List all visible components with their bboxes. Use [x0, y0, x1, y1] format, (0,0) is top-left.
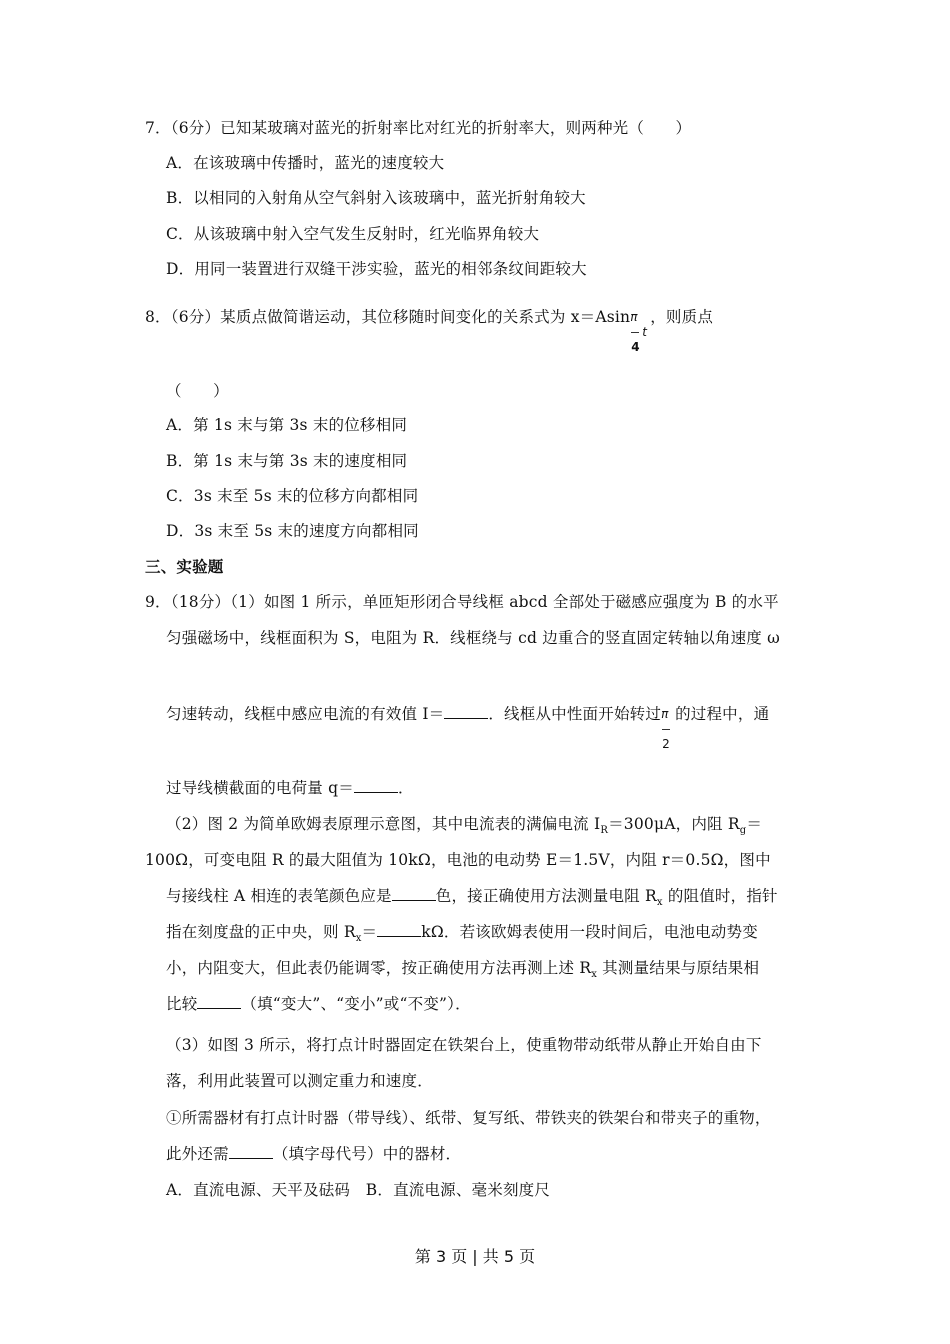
fraction-pi-over-4: π4t	[630, 307, 644, 327]
answer-blank-charge[interactable]	[354, 778, 398, 793]
text: 指在刻度盘的正中央，则 R	[166, 923, 356, 941]
page-footer: 第 3 页 | 共 5 页	[0, 1244, 950, 1267]
text: （填字母代号）中的器材．	[273, 1145, 461, 1163]
question-9-line-3: 匀速转动，线框中感应电流的有效值 I＝．线框从中性面开始转过π2的过程中，通	[166, 704, 769, 724]
text: 与接线柱 A 相连的表笔颜色应是	[166, 887, 392, 905]
subscript: R	[600, 825, 608, 836]
fraction-denominator: 2	[662, 734, 670, 754]
text: ＝300μA，内阻 R	[608, 815, 740, 833]
fraction-numerator: π	[661, 704, 668, 724]
question-8-stem-tail: ，则质点	[650, 308, 713, 326]
question-8-option-c: C．3s 末至 5s 末的位移方向都相同	[166, 486, 418, 506]
question-8-answer-paren: （ ）	[166, 381, 229, 401]
fraction-numerator: π	[630, 307, 637, 327]
time-variable: t	[642, 322, 647, 342]
question-9-line-3-text: 匀速转动，线框中感应电流的有效值 I＝	[166, 705, 444, 723]
text: 的阻值时，指针	[663, 887, 778, 905]
answer-blank-comparison[interactable]	[197, 994, 241, 1009]
question-9-line-1: 9．（18分）（1）如图 1 所示，单匝矩形闭合导线框 abcd 全部处于磁感应…	[145, 592, 779, 612]
answer-blank-rx[interactable]	[377, 922, 421, 937]
answer-blank-equipment[interactable]	[229, 1144, 273, 1159]
question-7-stem: 7．（6分）已知某玻璃对蓝光的折射率比对红光的折射率大，则两种光（ ）	[145, 118, 691, 138]
question-9-line-2: 匀强磁场中，线框面积为 S，电阻为 R．线框绕与 cd 边重合的竖直固定转轴以角…	[166, 628, 780, 648]
text: ＝	[362, 923, 378, 941]
question-9-part3-options: A．直流电源、天平及砝码 B．直流电源、毫米刻度尺	[166, 1180, 550, 1200]
text: 其测量结果与原结果相	[597, 959, 759, 977]
question-9-part2-line-1: （2）图 2 为简单欧姆表原理示意图，其中电流表的满偏电流 IR＝300μA，内…	[166, 814, 762, 841]
question-9-line-3-tail: 的过程中，通	[675, 705, 769, 723]
question-9-line-4-tail: ．	[398, 779, 414, 797]
question-9-line-3-mid: ．线框从中性面开始转过	[488, 705, 661, 723]
fraction-denominator: 4	[631, 337, 640, 357]
text: 比较	[166, 995, 197, 1013]
question-8-option-b: B．第 1s 末与第 3s 末的速度相同	[166, 451, 407, 471]
question-8-option-a: A．第 1s 末与第 3s 末的位移相同	[166, 415, 407, 435]
question-8-stem: 8．（6分）某质点做简谐运动，其位移随时间变化的关系式为 x＝Asinπ4t，则…	[145, 307, 713, 327]
text: 色，接正确使用方法测量电阻 R	[436, 887, 657, 905]
question-9-part2-line-2: 100Ω，可变电阻 R 的最大阻值为 10kΩ，电池的电动势 E＝1.5V，内阻…	[145, 850, 771, 870]
text: （2）图 2 为简单欧姆表原理示意图，其中电流表的满偏电流 I	[166, 815, 600, 833]
question-9-part3-line-2: 落，利用此装置可以测定重力和速度．	[166, 1071, 433, 1091]
question-9-part3-line-3: ①所需器材有打点计时器（带导线）、纸带、复写纸、带铁夹的铁架台和带夹子的重物，	[166, 1108, 771, 1128]
question-8-stem-text: 8．（6分）某质点做简谐运动，其位移随时间变化的关系式为 x＝Asin	[145, 308, 630, 326]
text: （填“变大”、“变小”或“不变”）．	[241, 995, 470, 1013]
question-9-line-4: 过导线横截面的电荷量 q＝．	[166, 778, 414, 798]
text: kΩ．若该欧姆表使用一段时间后，电池电动势变	[421, 923, 758, 941]
text: ＝	[746, 815, 762, 833]
fraction-bar	[631, 332, 639, 333]
fraction-pi-over-2: π2	[661, 704, 675, 724]
question-9-part3-line-4: 此外还需（填字母代号）中的器材．	[166, 1144, 461, 1164]
question-7-option-a: A．在该玻璃中传播时，蓝光的速度较大	[166, 153, 444, 173]
question-9-line-4-text: 过导线横截面的电荷量 q＝	[166, 779, 354, 797]
section-title: 三、实验题	[145, 557, 224, 577]
question-9-part2-line-5: 小，内阻变大，但此表仍能调零，按正确使用方法再测上述 Rx 其测量结果与原结果相	[166, 958, 759, 985]
question-8-option-d: D．3s 末至 5s 末的速度方向都相同	[166, 521, 419, 541]
question-7-option-d: D．用同一装置进行双缝干涉实验，蓝光的相邻条纹间距较大	[166, 259, 587, 279]
answer-blank-current[interactable]	[444, 704, 488, 719]
fraction-bar	[662, 729, 670, 730]
text: 小，内阻变大，但此表仍能调零，按正确使用方法再测上述 R	[166, 959, 591, 977]
question-9-part2-line-3: 与接线柱 A 相连的表笔颜色应是色，接正确使用方法测量电阻 Rx 的阻值时，指针	[166, 886, 778, 913]
question-7-option-b: B．以相同的入射角从空气斜射入该玻璃中，蓝光折射角较大	[166, 188, 586, 208]
question-9-part2-line-6: 比较（填“变大”、“变小”或“不变”）．	[166, 994, 471, 1014]
question-9-part2-line-4: 指在刻度盘的正中央，则 Rx＝kΩ．若该欧姆表使用一段时间后，电池电动势变	[166, 922, 758, 949]
question-9-part3-line-1: （3）如图 3 所示，将打点计时器固定在铁架台上，使重物带动纸带从静止开始自由下	[166, 1035, 762, 1055]
text: 此外还需	[166, 1145, 229, 1163]
question-7-option-c: C．从该玻璃中射入空气发生反射时，红光临界角较大	[166, 224, 539, 244]
answer-blank-color[interactable]	[392, 886, 436, 901]
